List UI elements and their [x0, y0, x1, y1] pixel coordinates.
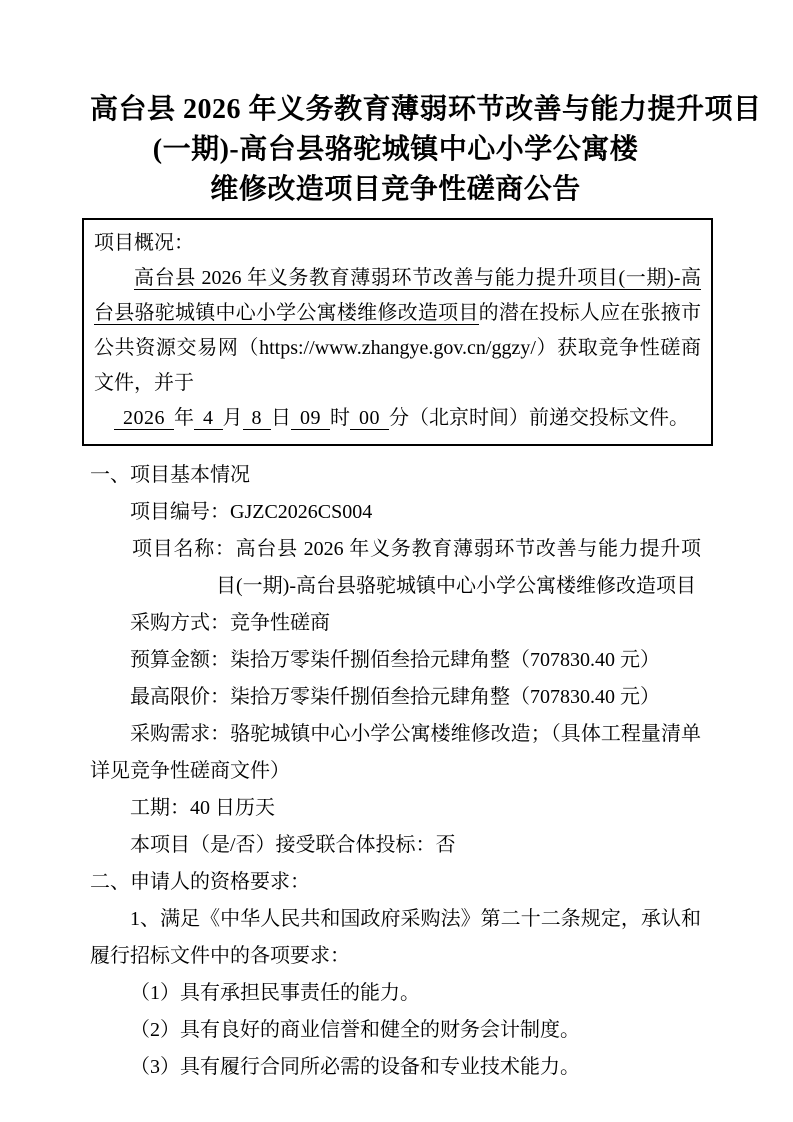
deadline-hour-value: 09	[291, 407, 330, 430]
deadline-month-value: 4	[194, 407, 223, 430]
deadline-minute-value: 00	[350, 407, 389, 430]
consortium-bid-line: 本项目（是/否）接受联合体投标：否	[90, 827, 701, 864]
project-name-line: 项目名称：高台县 2026 年义务教育薄弱环节改善与能力提升项目(一期)-高台县…	[90, 531, 701, 605]
overview-paragraph: 高台县 2026 年义务教育薄弱环节改善与能力提升项目(一期)-高台县骆驼城镇中…	[94, 261, 701, 401]
budget-amount-line: 预算金额：柒拾万零柒仟捌佰叁拾元肆角整（707830.40 元）	[90, 642, 701, 679]
document-title: 高台县 2026 年义务教育薄弱环节改善与能力提升项目 (一期)-高台县骆驼城镇…	[90, 90, 701, 210]
procurement-method-line: 采购方式：竞争性磋商	[90, 605, 701, 642]
deadline-day-value: 8	[243, 407, 272, 430]
title-line-2: (一期)-高台县骆驼城镇中心小学公寓楼	[90, 130, 701, 170]
construction-duration-line: 工期：40 日历天	[90, 790, 701, 827]
requirement-1-line: （1）具有承担民事责任的能力。	[90, 975, 701, 1012]
title-line-3: 维修改造项目竞争性磋商公告	[90, 170, 701, 210]
section-1-heading: 一、项目基本情况	[90, 457, 701, 494]
deadline-year-unit: 年	[174, 407, 194, 429]
document-body: 一、项目基本情况 项目编号：GJZC2026CS004 项目名称：高台县 202…	[90, 457, 701, 1086]
submission-deadline-line: 2026年4月8日09时00分（北京时间）前递交投标文件。	[94, 401, 701, 436]
deadline-suffix-text: （北京时间）前递交投标文件。	[409, 407, 689, 429]
requirement-3-line: （3）具有履行合同所必需的设备和专业技术能力。	[90, 1049, 701, 1086]
document-page: 高台县 2026 年义务教育薄弱环节改善与能力提升项目 (一期)-高台县骆驼城镇…	[0, 0, 793, 1122]
deadline-day-unit: 日	[271, 407, 291, 429]
deadline-hour-unit: 时	[330, 407, 350, 429]
deadline-year-value: 2026	[114, 407, 174, 430]
procurement-demand-line: 采购需求：骆驼城镇中心小学公寓楼维修改造；（具体工程量清单详见竞争性磋商文件）	[90, 716, 701, 790]
section-2-heading: 二、申请人的资格要求：	[90, 864, 701, 901]
title-line-1: 高台县 2026 年义务教育薄弱环节改善与能力提升项目	[90, 90, 701, 130]
overview-label: 项目概况：	[94, 226, 701, 261]
requirement-2-line: （2）具有良好的商业信誉和健全的财务会计制度。	[90, 1012, 701, 1049]
qualification-intro-line: 1、满足《中华人民共和国政府采购法》第二十二条规定，承认和履行招标文件中的各项要…	[90, 901, 701, 975]
project-number-line: 项目编号：GJZC2026CS004	[90, 494, 701, 531]
deadline-minute-unit: 分	[389, 407, 409, 429]
project-overview-box: 项目概况： 高台县 2026 年义务教育薄弱环节改善与能力提升项目(一期)-高台…	[82, 218, 713, 446]
deadline-month-unit: 月	[223, 407, 243, 429]
max-price-line: 最高限价：柒拾万零柒仟捌佰叁拾元肆角整（707830.40 元）	[90, 679, 701, 716]
